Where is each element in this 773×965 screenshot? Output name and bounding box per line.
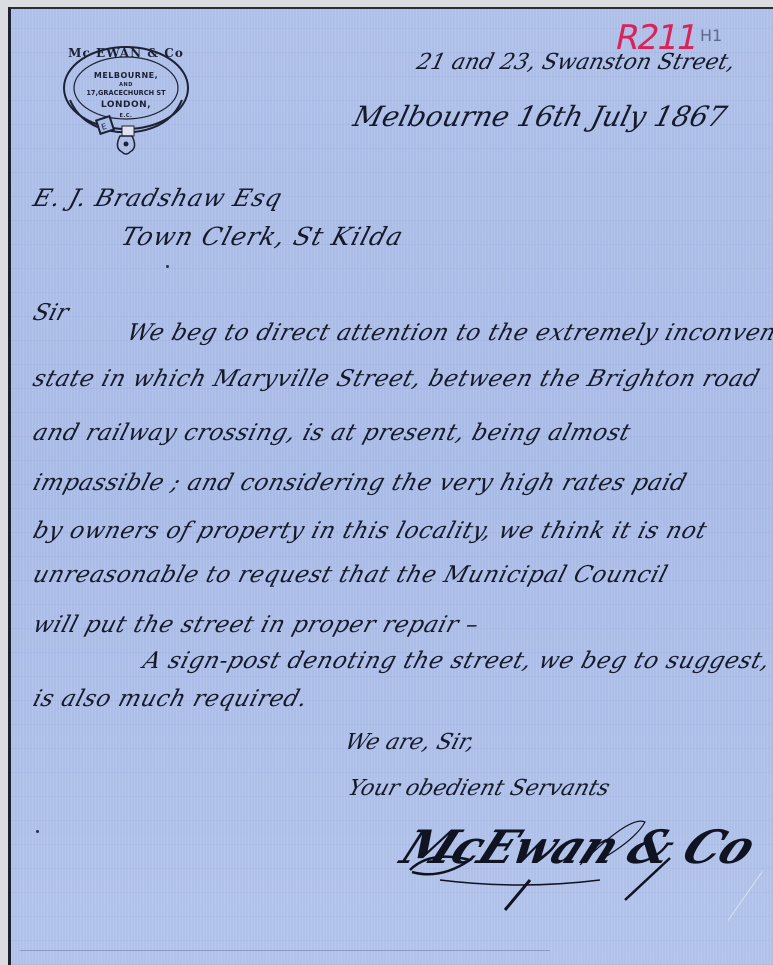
body-line: We beg to direct attention to the extrem… [124,320,773,346]
ink-dot [36,830,39,833]
signature: McEwan & Co [393,820,764,874]
recipient-title: Town Clerk, St Kilda [118,222,407,251]
letter-date: Melbourne 16th July 1867 [350,100,730,133]
letterhead-city-melbourne: MELBOURNE, [62,71,190,80]
body-line: unreasonable to request that the Municip… [30,562,671,588]
archive-pencil-mark: H1 [700,26,722,45]
closing-line: We are, Sir, [342,730,478,755]
letterhead-london-address: 17,GRACECHURCH ST [62,89,190,97]
sender-address: 21 and 23, Swanston Street, [414,50,738,75]
recipient-name: E. J. Bradshaw Esq [30,184,286,212]
paper-fold-line [20,950,550,951]
letterhead-city-london: LONDON, [62,100,190,110]
letterhead-and: AND [62,82,190,88]
body-line: and railway crossing, is at present, bei… [30,420,634,446]
closing-valediction: Your obedient Servants [345,776,613,801]
body-line: impassible ; and considering the very hi… [30,470,690,496]
letterhead-firm-name: Mc EWAN & Co [62,46,190,60]
body-line: by owners of property in this locality, … [30,518,710,544]
body-line: will put the street in proper repair – [30,612,482,638]
body-line: is also much required. [30,686,311,712]
letterhead-district: E.C. [62,113,190,119]
ink-dot [166,265,169,268]
body-line: state in which Maryville Street, between… [30,366,763,392]
body-line: A sign-post denoting the street, we beg … [140,648,773,674]
letterhead-stamp: E Mc EWAN & Co MELBOURNE, AND 17,GRACECH… [62,44,190,156]
